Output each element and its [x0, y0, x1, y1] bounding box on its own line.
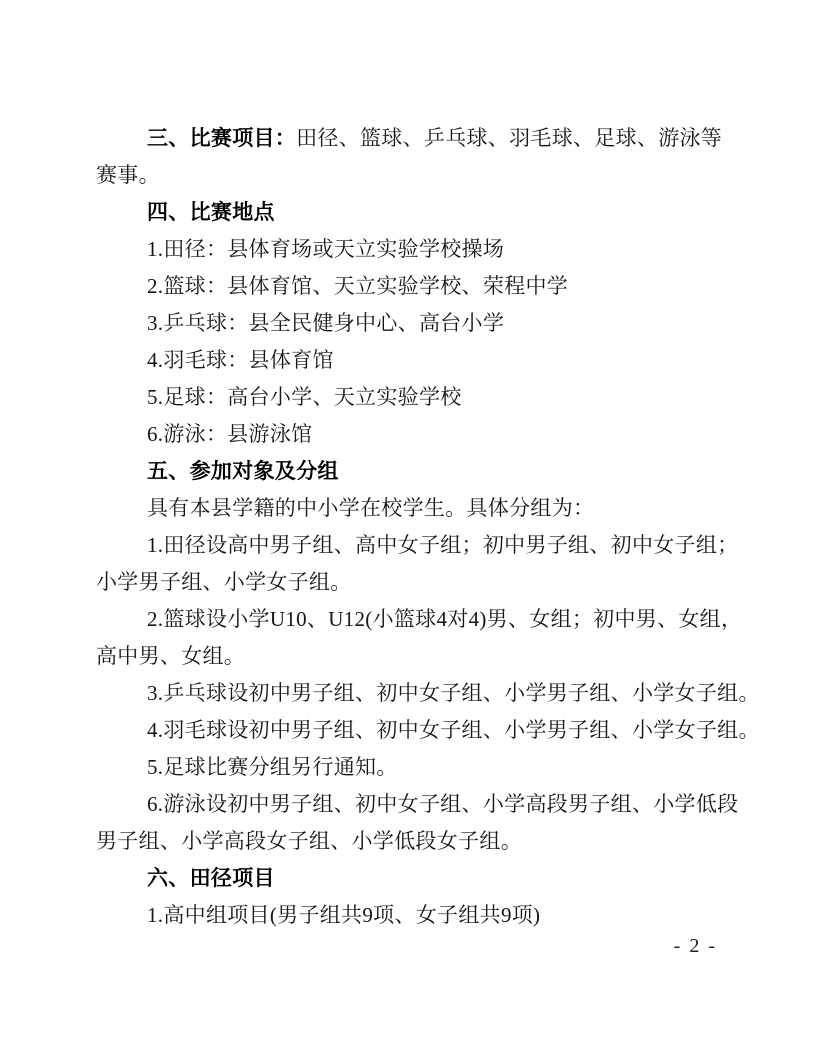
body-text: 2.篮球设小学U10、U12(小篮球4对4)男、女组；初中男、女组， — [147, 607, 742, 631]
document-page: 三、比赛项目：田径、篮球、乒乓球、羽毛球、足球、游泳等赛事。四、比赛地点1.田径… — [0, 0, 816, 1056]
body-text: 3.乒乓球设初中男子组、初中女子组、小学男子组、小学女子组。 — [147, 681, 760, 705]
body-text: 赛事。 — [96, 163, 160, 187]
text-line: 1.田径：县体育场或天立实验学校操场 — [96, 231, 744, 268]
text-line: 3.乒乓球：县全民健身中心、高台小学 — [96, 305, 744, 342]
body-text: 5.足球比赛分组另行通知。 — [147, 755, 398, 779]
text-line: 4.羽毛球：县体育馆 — [96, 342, 744, 379]
text-line: 4.羽毛球设初中男子组、初中女子组、小学男子组、小学女子组。 — [96, 712, 744, 749]
body-text: 4.羽毛球：县体育馆 — [147, 348, 334, 372]
text-line: 1.田径设高中男子组、高中女子组；初中男子组、初中女子组； — [96, 527, 744, 564]
text-line: 5.足球比赛分组另行通知。 — [96, 749, 744, 786]
body-text: 5.足球：高台小学、天立实验学校 — [147, 385, 462, 409]
text-line: 四、比赛地点 — [96, 194, 744, 231]
heading-text: 六、田径项目 — [147, 867, 275, 890]
page-number: - 2 - — [674, 934, 717, 958]
body-text: 4.羽毛球设初中男子组、初中女子组、小学男子组、小学女子组。 — [147, 718, 760, 742]
body-text: 1.高中组项目(男子组共9项、女子组共9项) — [147, 903, 540, 927]
heading-text: 四、比赛地点 — [147, 201, 275, 224]
body-text: 高中男、女组。 — [96, 644, 245, 668]
body-text: 3.乒乓球：县全民健身中心、高台小学 — [147, 311, 504, 335]
document-content: 三、比赛项目：田径、篮球、乒乓球、羽毛球、足球、游泳等赛事。四、比赛地点1.田径… — [96, 120, 744, 934]
text-line: 6.游泳：县游泳馆 — [96, 416, 744, 453]
body-text: 男子组、小学高段女子组、小学低段女子组。 — [96, 829, 522, 853]
text-line: 男子组、小学高段女子组、小学低段女子组。 — [96, 823, 744, 860]
text-line: 高中男、女组。 — [96, 638, 744, 675]
text-line: 1.高中组项目(男子组共9项、女子组共9项) — [96, 897, 744, 934]
body-text: 1.田径设高中男子组、高中女子组；初中男子组、初中女子组； — [147, 533, 738, 557]
body-text: 6.游泳：县游泳馆 — [147, 422, 312, 446]
text-line: 赛事。 — [96, 157, 744, 194]
text-line: 小学男子组、小学女子组。 — [96, 564, 744, 601]
text-line: 6.游泳设初中男子组、初中女子组、小学高段男子组、小学低段 — [96, 786, 744, 823]
body-text: 田径、篮球、乒乓球、羽毛球、足球、游泳等 — [296, 126, 722, 150]
heading-text: 五、参加对象及分组 — [147, 460, 339, 483]
body-text: 1.田径：县体育场或天立实验学校操场 — [147, 237, 504, 261]
text-line: 3.乒乓球设初中男子组、初中女子组、小学男子组、小学女子组。 — [96, 675, 744, 712]
body-text: 小学男子组、小学女子组。 — [96, 570, 352, 594]
body-text: 2.篮球：县体育馆、天立实验学校、荣程中学 — [147, 274, 568, 298]
text-line: 三、比赛项目：田径、篮球、乒乓球、羽毛球、足球、游泳等 — [96, 120, 744, 157]
text-line: 五、参加对象及分组 — [96, 453, 744, 490]
text-line: 六、田径项目 — [96, 860, 744, 897]
heading-text: 三、比赛项目： — [147, 127, 296, 150]
text-line: 2.篮球设小学U10、U12(小篮球4对4)男、女组；初中男、女组， — [96, 601, 744, 638]
body-text: 6.游泳设初中男子组、初中女子组、小学高段男子组、小学低段 — [147, 792, 738, 816]
text-line: 具有本县学籍的中小学在校学生。具体分组为： — [96, 490, 744, 527]
body-text: 具有本县学籍的中小学在校学生。具体分组为： — [147, 496, 594, 520]
text-line: 2.篮球：县体育馆、天立实验学校、荣程中学 — [96, 268, 744, 305]
text-line: 5.足球：高台小学、天立实验学校 — [96, 379, 744, 416]
